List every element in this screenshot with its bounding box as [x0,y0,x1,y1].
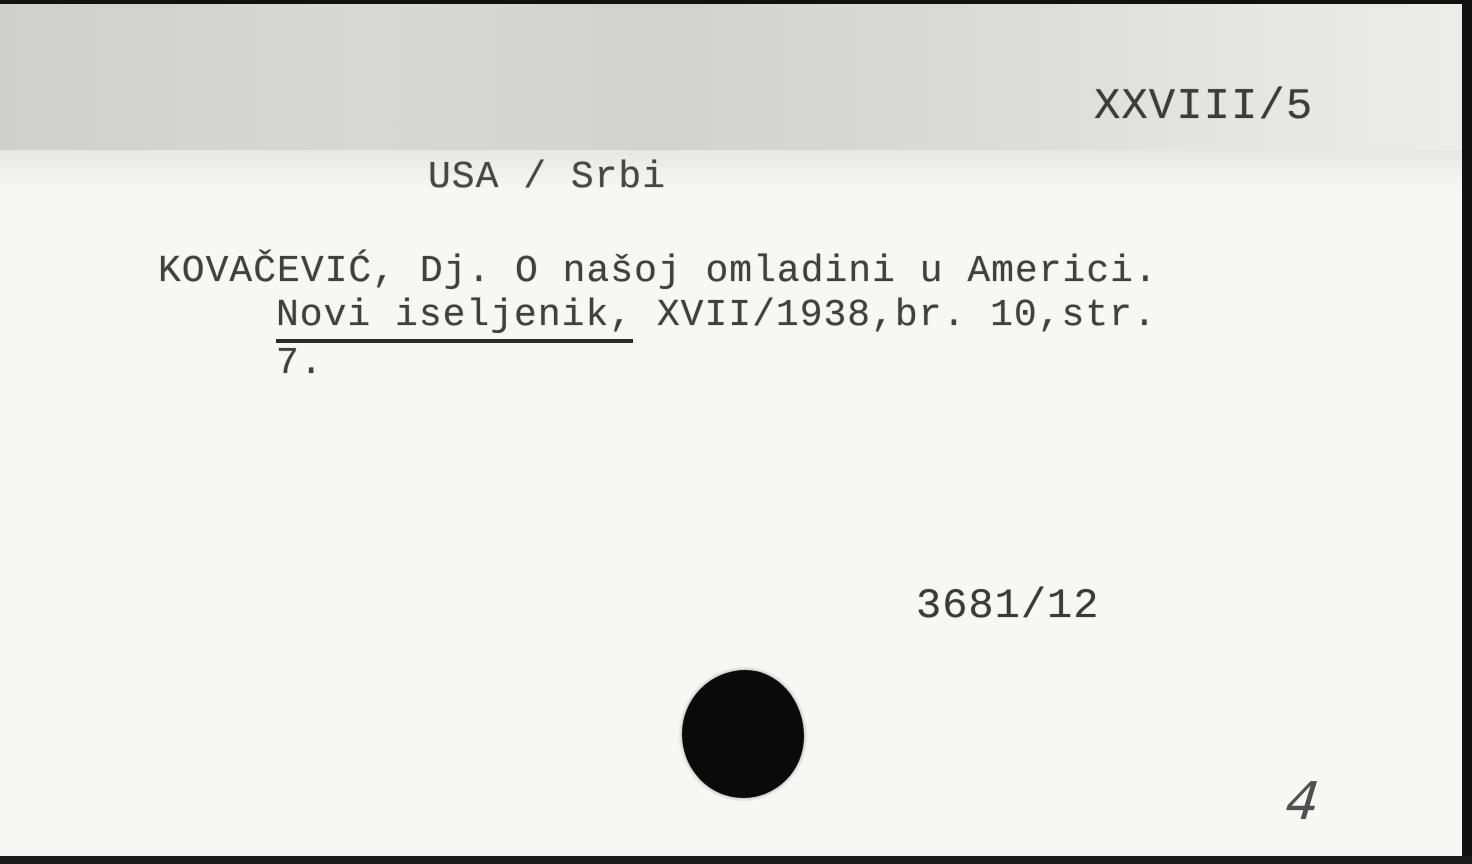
entry-journal-line: Novi iseljenik, XVII/1938,br. 10,str. [276,294,1157,343]
catalog-card: XXVIII/5 USA / Srbi KOVAČEVIĆ, Dj. O naš… [0,4,1462,856]
subject-heading: USA / Srbi [428,156,666,199]
scan-border [0,856,1472,864]
journal-details: XVII/1938,br. 10,str. [633,294,1157,337]
call-number: XXVIII/5 [1094,82,1313,132]
handwritten-mark: 4 [1283,772,1322,832]
punch-hole-icon [682,670,804,798]
entry-page-continuation: 7. [276,342,324,385]
accession-number: 3681/12 [916,582,1099,630]
journal-title: Novi iseljenik, [276,294,633,343]
entry-author-title: KOVAČEVIĆ, Dj. O našoj omladini u Americ… [158,250,1158,293]
